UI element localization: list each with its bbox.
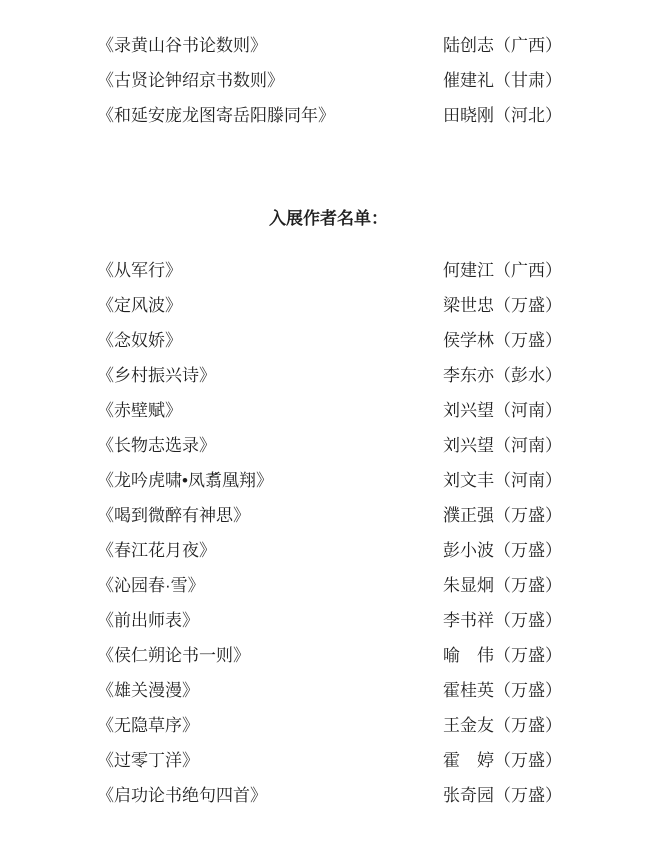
work-title: 《赤壁赋》 xyxy=(97,402,443,419)
author-name: 彭小波（万盛） xyxy=(443,542,562,559)
list-item: 《和延安庞龙图寄岳阳滕同年》 田晓刚（河北） xyxy=(97,98,560,133)
author-name: 陆创志（广西） xyxy=(443,37,562,54)
work-title: 《无隐草序》 xyxy=(97,717,443,734)
list-item: 《沁园春·雪》 朱显炯（万盛） xyxy=(97,568,560,603)
author-name: 王金友（万盛） xyxy=(443,717,562,734)
author-name: 催建礼（甘肃） xyxy=(443,72,562,89)
author-name: 侯学林（万盛） xyxy=(443,332,562,349)
author-name: 濮正强（万盛） xyxy=(443,507,562,524)
list-item: 《雄关漫漫》 霍桂英（万盛） xyxy=(97,673,560,708)
list-item: 《乡村振兴诗》 李东亦（彭水） xyxy=(97,358,560,393)
author-name: 田晓刚（河北） xyxy=(443,107,562,124)
work-title: 《从军行》 xyxy=(97,262,443,279)
work-title: 《启功论书绝句四首》 xyxy=(97,787,443,804)
document-page: 《录黄山谷书论数则》 陆创志（广西） 《古贤论钟绍京书数则》 催建礼（甘肃） 《… xyxy=(0,0,657,858)
list-item: 《启功论书绝句四首》 张奇园（万盛） xyxy=(97,778,560,813)
list-item: 《定风波》 梁世忠（万盛） xyxy=(97,288,560,323)
author-name: 李东亦（彭水） xyxy=(443,367,562,384)
work-title: 《念奴娇》 xyxy=(97,332,443,349)
author-name: 何建江（广西） xyxy=(443,262,562,279)
author-name: 李书祥（万盛） xyxy=(443,612,562,629)
work-title: 《侯仁朔论书一则》 xyxy=(97,647,443,664)
work-title: 《长物志选录》 xyxy=(97,437,443,454)
list-item: 《前出师表》 李书祥（万盛） xyxy=(97,603,560,638)
list-item: 《喝到微醉有神思》 濮正强（万盛） xyxy=(97,498,560,533)
list-item: 《赤壁赋》 刘兴望（河南） xyxy=(97,393,560,428)
work-title: 《过零丁洋》 xyxy=(97,752,443,769)
work-title: 《雄关漫漫》 xyxy=(97,682,443,699)
author-name: 梁世忠（万盛） xyxy=(443,297,562,314)
list-item: 《古贤论钟绍京书数则》 催建礼（甘肃） xyxy=(97,63,560,98)
award-list: 《录黄山谷书论数则》 陆创志（广西） 《古贤论钟绍京书数则》 催建礼（甘肃） 《… xyxy=(97,28,560,133)
list-item: 《录黄山谷书论数则》 陆创志（广西） xyxy=(97,28,560,63)
exhibit-list: 《从军行》 何建江（广西） 《定风波》 梁世忠（万盛） 《念奴娇》 侯学林（万盛… xyxy=(97,253,560,813)
author-name: 霍桂英（万盛） xyxy=(443,682,562,699)
list-item: 《过零丁洋》 霍 婷（万盛） xyxy=(97,743,560,778)
work-title: 《喝到微醉有神思》 xyxy=(97,507,443,524)
work-title: 《定风波》 xyxy=(97,297,443,314)
author-name: 刘文丰（河南） xyxy=(443,472,562,489)
work-title: 《和延安庞龙图寄岳阳滕同年》 xyxy=(97,107,443,124)
author-name: 张奇园（万盛） xyxy=(443,787,562,804)
work-title: 《春江花月夜》 xyxy=(97,542,443,559)
section-heading: 入展作者名单： xyxy=(97,207,560,231)
list-item: 《龙吟虎啸•凤翥凰翔》 刘文丰（河南） xyxy=(97,463,560,498)
list-item: 《长物志选录》 刘兴望（河南） xyxy=(97,428,560,463)
list-item: 《念奴娇》 侯学林（万盛） xyxy=(97,323,560,358)
work-title: 《乡村振兴诗》 xyxy=(97,367,443,384)
list-item: 《侯仁朔论书一则》 喻 伟（万盛） xyxy=(97,638,560,673)
author-name: 刘兴望（河南） xyxy=(443,402,562,419)
list-item: 《无隐草序》 王金友（万盛） xyxy=(97,708,560,743)
work-title: 《录黄山谷书论数则》 xyxy=(97,37,443,54)
author-name: 朱显炯（万盛） xyxy=(443,577,562,594)
author-name: 霍 婷（万盛） xyxy=(443,752,562,769)
list-item: 《春江花月夜》 彭小波（万盛） xyxy=(97,533,560,568)
list-item: 《从军行》 何建江（广西） xyxy=(97,253,560,288)
work-title: 《沁园春·雪》 xyxy=(97,577,443,594)
author-name: 喻 伟（万盛） xyxy=(443,647,562,664)
work-title: 《龙吟虎啸•凤翥凰翔》 xyxy=(97,472,443,489)
work-title: 《古贤论钟绍京书数则》 xyxy=(97,72,443,89)
work-title: 《前出师表》 xyxy=(97,612,443,629)
author-name: 刘兴望（河南） xyxy=(443,437,562,454)
